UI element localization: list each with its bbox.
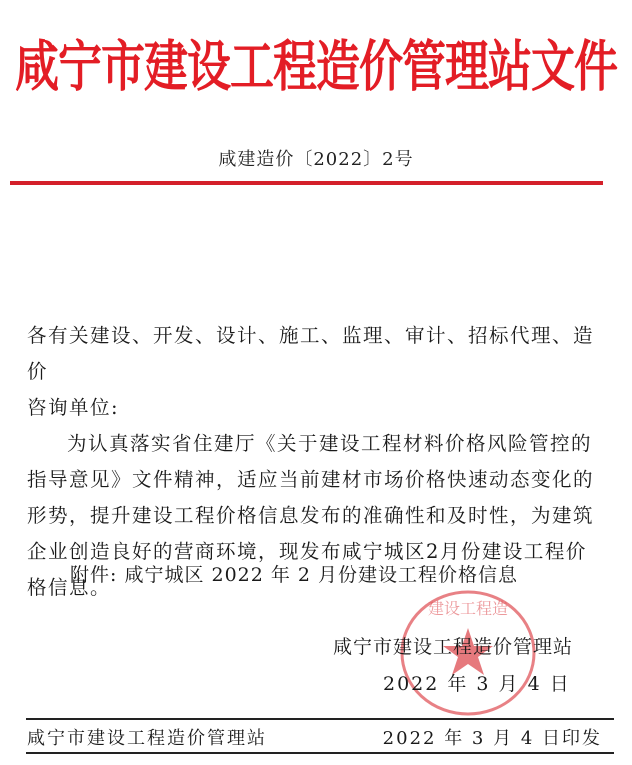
footer-rule-top [26, 718, 614, 720]
footer-print-date: 2022 年 3 月 4 日印发 [383, 724, 602, 750]
document-masthead: 咸宁市建设工程造价管理站文件 [0, 18, 632, 118]
attachment-line: 附件: 咸宁城区 2022 年 2 月份建设工程价格信息 [70, 560, 518, 587]
red-divider [10, 181, 603, 185]
signature-issuer: 咸宁市建设工程造价管理站 [333, 632, 573, 659]
footer-issuer: 咸宁市建设工程造价管理站 [27, 724, 267, 750]
signature-date: 2022 年 3 月 4 日 [383, 669, 571, 696]
salutation-line-2: 咨询单位: [27, 390, 607, 426]
svg-text:建设工程造: 建设工程造 [428, 599, 508, 618]
document-number: 咸建造价〔2022〕2号 [0, 145, 632, 171]
salutation-line-1: 各有关建设、开发、设计、施工、监理、审计、招标代理、造价 [27, 318, 607, 390]
footer-rule-bottom [26, 752, 614, 754]
